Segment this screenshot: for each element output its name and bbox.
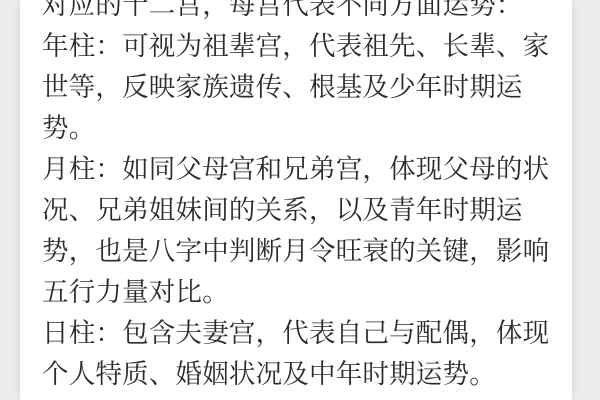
text-line-month-pillar-3: 势，也是八字中判断月令旺衰的关键，影响 — [42, 231, 566, 272]
article-text-block: 对应的十二宫，每宫代表不同方面运势： 年柱：可视为祖辈宫，代表祖先、长辈、家 世… — [20, 0, 572, 395]
text-line-intro-clipped: 对应的十二宫，每宫代表不同方面运势： — [42, 0, 566, 26]
article-content-column: 对应的十二宫，每宫代表不同方面运势： 年柱：可视为祖辈宫，代表祖先、长辈、家 世… — [20, 0, 572, 400]
text-line-day-pillar-1: 日柱：包含夫妻宫，代表自己与配偶，体现 — [42, 313, 566, 354]
text-line-month-pillar-1: 月柱：如同父母宫和兄弟宫，体现父母的状 — [42, 149, 566, 190]
text-line-month-pillar-2: 况、兄弟姐妹间的关系，以及青年时期运 — [42, 190, 566, 231]
page-background: 对应的十二宫，每宫代表不同方面运势： 年柱：可视为祖辈宫，代表祖先、长辈、家 世… — [0, 0, 600, 400]
text-line-year-pillar-2: 世等，反映家族遗传、根基及少年时期运 — [42, 67, 566, 108]
text-line-day-pillar-2: 个人特质、婚姻状况及中年时期运势。 — [42, 354, 566, 395]
text-line-month-pillar-4: 五行力量对比。 — [42, 272, 566, 313]
text-line-year-pillar-3: 势。 — [42, 108, 566, 149]
text-line-year-pillar-1: 年柱：可视为祖辈宫，代表祖先、长辈、家 — [42, 26, 566, 67]
